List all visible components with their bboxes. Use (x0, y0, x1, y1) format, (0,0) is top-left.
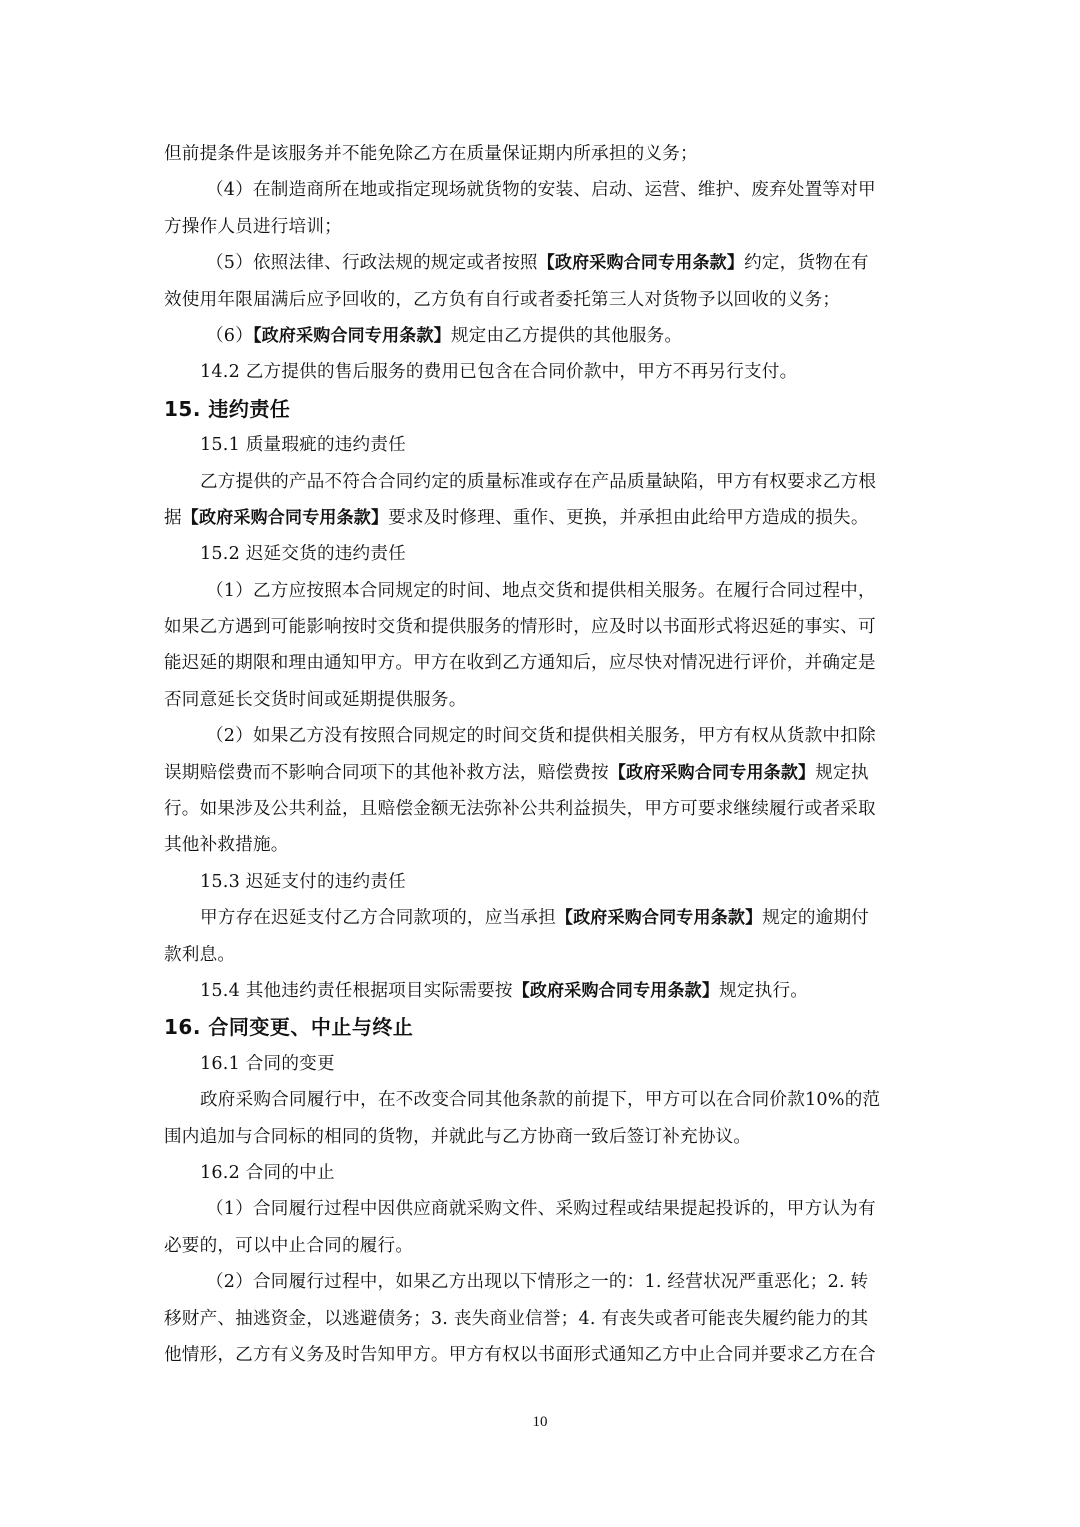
paragraph-line: 款利息。 (164, 937, 916, 973)
paragraph-line: 移财产、抽逃资金，以逃避债务；3. 丧失商业信誉；4. 有丧失或者可能丧失履约能… (164, 1301, 916, 1337)
page-number: 10 (0, 1414, 1080, 1431)
special-clause-reference: 【政府采购合同专用条款】 (182, 508, 388, 528)
paragraph-line: 据【政府采购合同专用条款】要求及时修理、重作、更换，并承担由此给甲方造成的损失。 (164, 500, 916, 536)
text-run: （6） (206, 326, 253, 346)
paragraph-line: （2）如果乙方没有按照合同规定的时间交货和提供相关服务，甲方有权从货款中扣除 (164, 718, 916, 754)
text-run: 规定执行。 (719, 981, 808, 1001)
paragraph-line: 甲方存在迟延支付乙方合同款项的，应当承担【政府采购合同专用条款】规定的逾期付 (164, 900, 916, 936)
paragraph-line: 必要的，可以中止合同的履行。 (164, 1228, 916, 1264)
paragraph-line: （6）【政府采购合同专用条款】规定由乙方提供的其他服务。 (164, 318, 916, 354)
paragraph-line: （1）乙方应按照本合同规定的时间、地点交货和提供相关服务。在履行合同过程中， (164, 573, 916, 609)
special-clause-reference: 【政府采购合同专用条款】 (538, 253, 744, 273)
paragraph-line: 他情形，乙方有义务及时告知甲方。甲方有权以书面形式通知乙方中止合同并要求乙方在合 (164, 1337, 916, 1373)
subsection-heading: 16.2 合同的中止 (164, 1155, 916, 1191)
paragraph-line: 行。如果涉及公共利益，且赔偿金额无法弥补公共利益损失，甲方可要求继续履行或者采取 (164, 791, 916, 827)
paragraph-line: 否同意延长交货时间或延期提供服务。 (164, 682, 916, 718)
special-clause-reference: 【政府采购合同专用条款】 (609, 763, 815, 783)
text-run: 要求及时修理、重作、更换，并承担由此给甲方造成的损失。 (388, 508, 868, 528)
paragraph-line: 误期赔偿费而不影响合同项下的其他补救方法，赔偿费按【政府采购合同专用条款】规定执 (164, 755, 916, 791)
text-run: 据 (164, 508, 182, 528)
paragraph-line: 政府采购合同履行中，在不改变合同其他条款的前提下，甲方可以在合同价款10%的范 (164, 1082, 916, 1118)
text-run: 规定的逾期付 (762, 908, 869, 928)
paragraph-line: 能迟延的期限和理由通知甲方。甲方在收到乙方通知后，应尽快对情况进行评价，并确定是 (164, 645, 916, 681)
paragraph-line: 15.4 其他违约责任根据项目实际需要按【政府采购合同专用条款】规定执行。 (164, 973, 916, 1009)
subsection-heading: 15.3 迟延支付的违约责任 (164, 864, 916, 900)
paragraph-line: （5）依照法律、行政法规的规定或者按照【政府采购合同专用条款】约定，货物在有 (164, 245, 916, 281)
paragraph-line: 14.2 乙方提供的售后服务的费用已包含在合同价款中，甲方不再另行支付。 (164, 354, 916, 390)
text-run: 甲方存在迟延支付乙方合同款项的，应当承担 (200, 908, 556, 928)
paragraph-line: （4）在制造商所在地或指定现场就货物的安装、启动、运营、维护、废弃处置等对甲 (164, 172, 916, 208)
subsection-heading: 15.2 迟延交货的违约责任 (164, 536, 916, 572)
text-run: 15.4 其他违约责任根据项目实际需要按 (200, 981, 513, 1001)
paragraph-line: （1）合同履行过程中因供应商就采购文件、采购过程或结果提起投诉的，甲方认为有 (164, 1191, 916, 1227)
section-heading-15: 15. 违约责任 (164, 391, 916, 427)
special-clause-reference: 【政府采购合同专用条款】 (513, 981, 719, 1001)
special-clause-reference: 【政府采购合同专用条款】 (556, 908, 762, 928)
text-run: （5）依照法律、行政法规的规定或者按照 (206, 253, 538, 273)
document-page: 但前提条件是该服务并不能免除乙方在质量保证期内所承担的义务； （4）在制造商所在… (164, 136, 916, 1373)
paragraph-line: 乙方提供的产品不符合合同约定的质量标准或存在产品质量缺陷，甲方有权要求乙方根 (164, 464, 916, 500)
paragraph-line: 围内追加与合同标的相同的货物，并就此与乙方协商一致后签订补充协议。 (164, 1119, 916, 1155)
text-run: 约定，货物在有 (744, 253, 869, 273)
special-clause-reference: 【政府采购合同专用条款】 (253, 326, 451, 346)
section-heading-16: 16. 合同变更、中止与终止 (164, 1009, 916, 1045)
paragraph-line: 但前提条件是该服务并不能免除乙方在质量保证期内所承担的义务； (164, 136, 916, 172)
paragraph-line: 其他补救措施。 (164, 827, 916, 863)
text-run: 规定由乙方提供的其他服务。 (451, 326, 682, 346)
text-run: 误期赔偿费而不影响合同项下的其他补救方法，赔偿费按 (164, 763, 609, 783)
subsection-heading: 15.1 质量瑕疵的违约责任 (164, 427, 916, 463)
text-run: 规定执 (815, 763, 868, 783)
paragraph-line: 如果乙方遇到可能影响按时交货和提供服务的情形时，应及时以书面形式将迟延的事实、可 (164, 609, 916, 645)
paragraph-line: 效使用年限届满后应予回收的，乙方负有自行或者委托第三人对货物予以回收的义务； (164, 282, 916, 318)
paragraph-line: （2）合同履行过程中，如果乙方出现以下情形之一的：1. 经营状况严重恶化；2. … (164, 1264, 916, 1300)
paragraph-line: 方操作人员进行培训； (164, 209, 916, 245)
subsection-heading: 16.1 合同的变更 (164, 1046, 916, 1082)
